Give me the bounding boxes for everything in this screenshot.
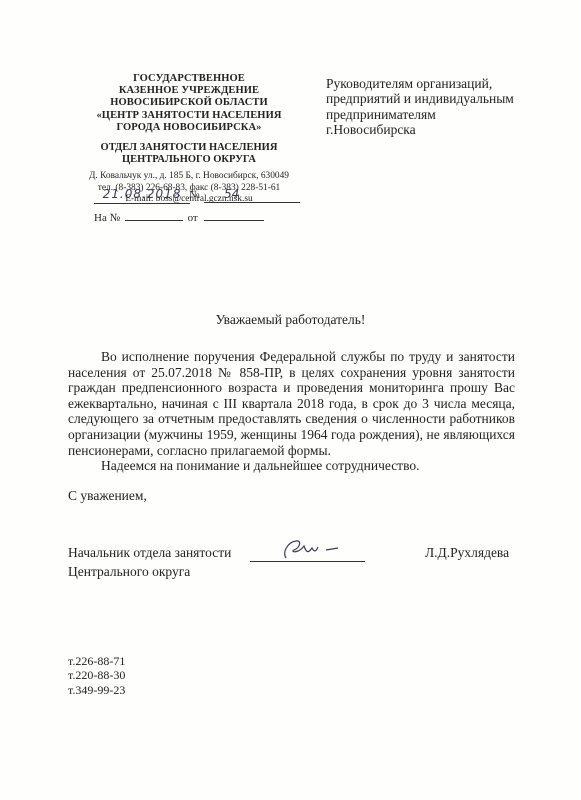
contact-phone: т.349-99-23: [68, 683, 125, 697]
recipient-line: г.Новосибирска: [326, 122, 556, 137]
reference-from-label: от: [188, 212, 198, 224]
dept-line: ОТДЕЛ ЗАНЯТОСТИ НАСЕЛЕНИЯ: [62, 142, 316, 154]
reference-date-blank: [204, 209, 264, 221]
sender-letterhead: ГОСУДАРСТВЕННОЕ КАЗЕННОЕ УЧРЕЖДЕНИЕ НОВО…: [62, 73, 316, 205]
dept-line: ЦЕНТРАЛЬНОГО ОКРУГА: [62, 154, 316, 166]
contact-phones: т.226-88-71 т.220-88-30 т.349-99-23: [68, 654, 125, 697]
reference-line: На № от: [94, 209, 314, 224]
org-line: ГОРОДА НОВОСИБИРСКА»: [62, 122, 316, 134]
signatory-name: Л.Д.Рухлядева: [425, 545, 509, 561]
sender-address: Д. Ковальчук ул., д. 185 Б, г. Новосибир…: [62, 171, 316, 182]
sender-department: ОТДЕЛ ЗАНЯТОСТИ НАСЕЛЕНИЯ ЦЕНТРАЛЬНОГО О…: [62, 142, 316, 166]
org-line: ГОСУДАРСТВЕННОЕ: [62, 73, 316, 85]
body-paragraph: Надеемся на понимание и дальнейшее сотру…: [68, 458, 515, 474]
sender-org-name: ГОСУДАРСТВЕННОЕ КАЗЕННОЕ УЧРЕЖДЕНИЕ НОВО…: [62, 73, 316, 134]
handwritten-signature-icon: [278, 538, 348, 562]
contact-phone: т.220-88-30: [68, 668, 125, 682]
signatory-title-line: Начальник отдела занятости: [68, 543, 231, 562]
recipient-line: Руководителям организаций,: [326, 76, 556, 91]
letter-body: Во исполнение поручения Федеральной служ…: [68, 349, 515, 474]
org-line: КАЗЕННОЕ УЧРЕЖДЕНИЕ: [62, 85, 316, 97]
contact-phone: т.226-88-71: [68, 654, 125, 668]
recipient-line: предпринимателям: [326, 107, 556, 122]
closing: С уважением,: [68, 488, 147, 504]
body-paragraph: Во исполнение поручения Федеральной служ…: [68, 349, 515, 458]
registration-number: 54: [204, 187, 300, 203]
letter-page: ГОСУДАРСТВЕННОЕ КАЗЕННОЕ УЧРЕЖДЕНИЕ НОВО…: [0, 0, 581, 800]
signatory-title: Начальник отдела занятости Центрального …: [68, 543, 231, 581]
registration-number-label: №: [189, 189, 200, 201]
salutation: Уважаемый работодатель!: [0, 312, 581, 328]
reference-number-blank: [125, 209, 183, 221]
signatory-title-line: Центрального округа: [68, 562, 231, 581]
org-line: НОВОСИБИРСКОЙ ОБЛАСТИ: [62, 97, 316, 109]
org-line: «ЦЕНТР ЗАНЯТОСТИ НАСЕЛЕНИЯ: [62, 110, 316, 122]
registration-date: 21.08.2018: [94, 187, 190, 204]
recipient-line: предприятий и индивидуальным: [326, 91, 556, 106]
registration-line: 21.08.2018 № 54: [94, 187, 314, 205]
reference-number-label: На №: [94, 212, 120, 224]
recipient-block: Руководителям организаций, предприятий и…: [326, 76, 556, 138]
